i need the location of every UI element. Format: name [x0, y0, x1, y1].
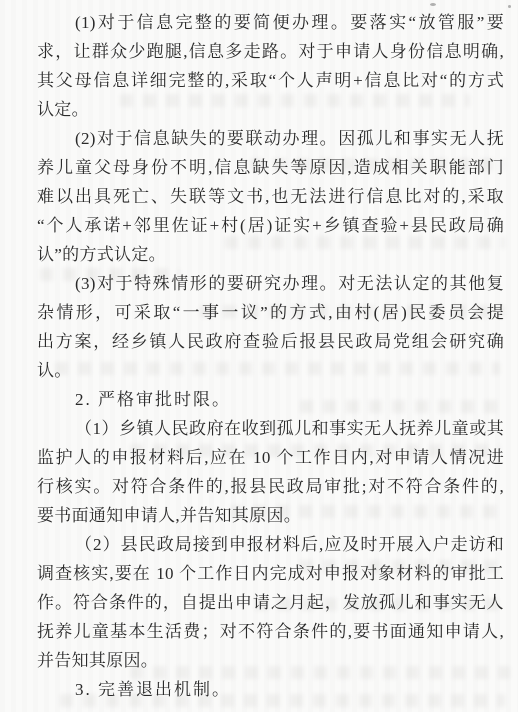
paragraph: (1)对于信息完整的要简便办理。要落实“放管服”要求，让群众少跑腿,信息多走路。… [37, 8, 504, 124]
text-line: 认”的方式认定。 [37, 240, 504, 269]
heading-line: 3. 完善退出机制。 [37, 675, 504, 704]
heading-line: 2. 严格审批时限。 [37, 385, 504, 414]
text-line: 认。 [37, 356, 504, 385]
text-line: 调查核实,要在 10 个工作日内完成对申报对象材料的审批工 [37, 559, 504, 588]
text-line: 杂情形，可采取“一事一议”的方式,由村(居)民委员会提 [37, 298, 504, 327]
text-line: （1）乡镇人民政府在收到孤儿和事实无人抚养儿童或其 [37, 414, 504, 443]
text-line: 作。符合条件的，自提出申请之月起，发放孤儿和事实无人 [37, 588, 504, 617]
text-line: 并告知其原因。 [37, 646, 504, 675]
text-line: 养儿童父母身份不明,信息缺失等原因,造成相关职能部门 [37, 153, 504, 182]
text-line: （2）县民政局接到申报材料后,应及时开展入户走访和 [37, 530, 504, 559]
paragraph: 3. 完善退出机制。 [37, 675, 504, 704]
paragraph: 2. 严格审批时限。 [37, 385, 504, 414]
text-line: 难以出具死亡、失联等文书,也无法进行信息比对的,采取 [37, 182, 504, 211]
paragraph: （1）乡镇人民政府在收到孤儿和事实无人抚养儿童或其监护人的申报材料后,应在 10… [37, 414, 504, 530]
document-text: (1)对于信息完整的要简便办理。要落实“放管服”要求，让群众少跑腿,信息多走路。… [37, 8, 504, 704]
scan-speck [508, 5, 511, 8]
text-line: 求，让群众少跑腿,信息多走路。对于申请人身份信息明确, [37, 37, 504, 66]
text-line: (3)对于特殊情形的要研究办理。对无法认定的其他复 [37, 269, 504, 298]
paragraph: (2)对于信息缺失的要联动办理。因孤儿和事实无人抚养儿童父母身份不明,信息缺失等… [37, 124, 504, 269]
text-line: 出方案，经乡镇人民政府查验后报县民政局党组会研究确 [37, 327, 504, 356]
scan-speck [430, 3, 436, 6]
text-line: 监护人的申报材料后,应在 10 个工作日内,对申请人情况进 [37, 443, 504, 472]
paragraph: (3)对于特殊情形的要研究办理。对无法认定的其他复杂情形，可采取“一事一议”的方… [37, 269, 504, 385]
text-line: 其父母信息详细完整的,采取“个人声明+信息比对“的方式 [37, 66, 504, 95]
text-line: 抚养儿童基本生活费；对不符合条件的,要书面通知申请人, [37, 617, 504, 646]
document-page: (1)对于信息完整的要简便办理。要落实“放管服”要求，让群众少跑腿,信息多走路。… [0, 0, 518, 712]
text-line: 行核实。对符合条件的,报县民政局审批;对不符合条件的, [37, 472, 504, 501]
text-line: (1)对于信息完整的要简便办理。要落实“放管服”要 [37, 8, 504, 37]
text-line: 要书面通知申请人,并告知其原因。 [37, 501, 504, 530]
paragraph: （2）县民政局接到申报材料后,应及时开展入户走访和调查核实,要在 10 个工作日… [37, 530, 504, 675]
text-line: (2)对于信息缺失的要联动办理。因孤儿和事实无人抚 [37, 124, 504, 153]
text-line: 认定。 [37, 95, 504, 124]
text-line: “个人承诺+邻里佐证+村(居)证实+乡镇查验+县民政局确 [37, 211, 504, 240]
